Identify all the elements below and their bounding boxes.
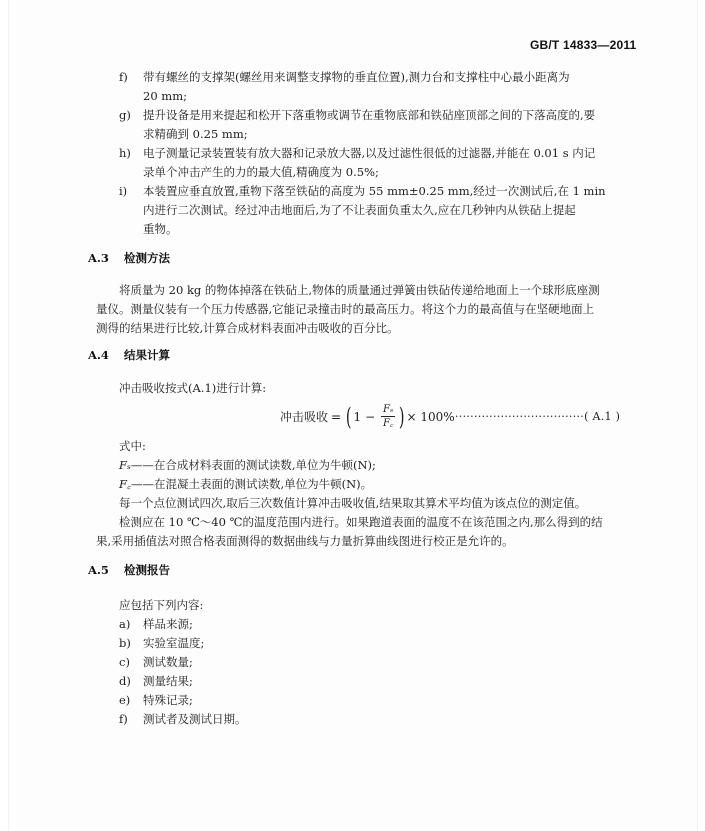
- list-label: f): [119, 68, 128, 87]
- list-text: 测试数量;: [143, 653, 193, 672]
- report-intro: 应包括下列内容:: [119, 596, 203, 615]
- section-heading-a4: A.4 结果计算: [88, 346, 170, 365]
- fraction: Fₛ F꜀: [381, 404, 395, 429]
- list-text: 测试者及测试日期。: [143, 710, 247, 729]
- definition-fs: Fₛ——在合成材料表面的测试读数,单位为牛顿(N);: [119, 456, 376, 475]
- section-number: A.5: [88, 561, 120, 580]
- left-paren: (: [346, 405, 352, 429]
- paragraph-line: 检测应在 10 ℃～40 ℃的温度范围内进行。如果跑道表面的温度不在该范围之内,…: [119, 513, 603, 532]
- section-title: 检测方法: [124, 251, 170, 265]
- impact-absorption-formula: 冲击吸收 = ( 1 − Fₛ F꜀ ) × 100%: [280, 404, 455, 429]
- list-text-line: 带有螺丝的支撑架(螺丝用来调整支撑物的垂直位置),测力台和支撑柱中心最小距离为: [143, 68, 570, 87]
- list-text-line: 重物。: [143, 220, 178, 239]
- where-label: 式中:: [119, 437, 146, 456]
- list-text-line: 提升设备是用来提起和松开下落重物或调节在重物底部和铁砧座顶部之间的下落高度的,要: [143, 106, 595, 125]
- paragraph-line: 每一个点位测试四次,取后三次数值计算冲击吸收值,结果取其算术平均值为该点位的测定…: [119, 494, 586, 513]
- list-text-line: 录单个冲击产生的力的最大值,精确度为 0.5%;: [143, 163, 379, 182]
- equation-number: ··································( A.1 …: [455, 410, 620, 423]
- paragraph-line: 测得的结果进行比较,计算合成材料表面冲击吸收的百分比。: [96, 319, 399, 338]
- formula-minus: −: [365, 410, 375, 424]
- list-text-line: 本装置应垂直放置,重物下落至铁砧的高度为 55 mm±0.25 mm,经过一次测…: [143, 182, 606, 201]
- list-text: 样品来源;: [143, 615, 193, 634]
- list-label: c): [119, 653, 130, 672]
- fraction-bar: [381, 416, 395, 417]
- list-label: a): [119, 615, 130, 634]
- definition-symbol: Fₛ: [119, 458, 131, 472]
- list-label: f): [119, 710, 128, 729]
- formula-times: × 100%: [407, 410, 455, 424]
- definition-dash: ——: [131, 458, 154, 472]
- paragraph-line: 量仪。测量仪装有一个压力传感器,它能记录撞击时的最高压力。将这个力的最高值与在坚…: [96, 300, 594, 319]
- list-text: 测量结果;: [143, 672, 193, 691]
- definition-text: 在混凝土表面的测试读数,单位为牛顿(N)。: [154, 477, 372, 491]
- list-text: 实验室温度;: [143, 634, 204, 653]
- right-paren: ): [399, 405, 405, 429]
- list-text-line: 20 mm;: [143, 87, 187, 106]
- definition-text: 在合成材料表面的测试读数,单位为牛顿(N);: [154, 458, 376, 472]
- list-text-line: 内进行二次测试。经过冲击地面后,为了不让表面负重太久,应在几秒钟内从铁砧上提起: [143, 201, 576, 220]
- standard-number-header: GB/T 14833—2011: [530, 38, 636, 52]
- section-number: A.3: [88, 249, 120, 268]
- list-text-line: 电子测量记录装置装有放大器和记录放大器,以及过滤性很低的过滤器,并能在 0.01…: [143, 144, 595, 163]
- paragraph-line: 果,采用插值法对照合格表面测得的数据曲线与力量折算曲线图进行校正是允许的。: [96, 532, 514, 551]
- list-label: h): [119, 144, 131, 163]
- formula-lhs: 冲击吸收: [280, 408, 328, 425]
- definition-dash: ——: [131, 477, 154, 491]
- formula-intro: 冲击吸收按式(A.1)进行计算:: [119, 379, 266, 398]
- fraction-denominator: F꜀: [383, 418, 393, 429]
- list-label: d): [119, 672, 131, 691]
- section-title: 检测报告: [124, 563, 170, 577]
- section-heading-a3: A.3 检测方法: [88, 249, 170, 268]
- list-label: i): [119, 182, 127, 201]
- equation-label: ( A.1 ): [584, 410, 620, 423]
- formula-one: 1: [353, 410, 361, 424]
- formula-equals: =: [331, 410, 341, 424]
- fraction-numerator: Fₛ: [383, 404, 393, 415]
- definition-fc: F꜀——在混凝土表面的测试读数,单位为牛顿(N)。: [119, 475, 372, 494]
- list-label: g): [119, 106, 131, 125]
- equation-leader-dots: ··································: [455, 410, 584, 423]
- paragraph-line: 将质量为 20 kg 的物体掉落在铁砧上,物体的质量通过弹簧由铁砧传递给地面上一…: [119, 281, 600, 300]
- list-label: e): [119, 691, 130, 710]
- list-text-line: 求精确到 0.25 mm;: [143, 125, 248, 144]
- definition-symbol: F꜀: [119, 477, 131, 491]
- list-label: b): [119, 634, 131, 653]
- section-number: A.4: [88, 346, 120, 365]
- section-heading-a5: A.5 检测报告: [88, 561, 170, 580]
- section-title: 结果计算: [124, 348, 170, 362]
- list-text: 特殊记录;: [143, 691, 193, 710]
